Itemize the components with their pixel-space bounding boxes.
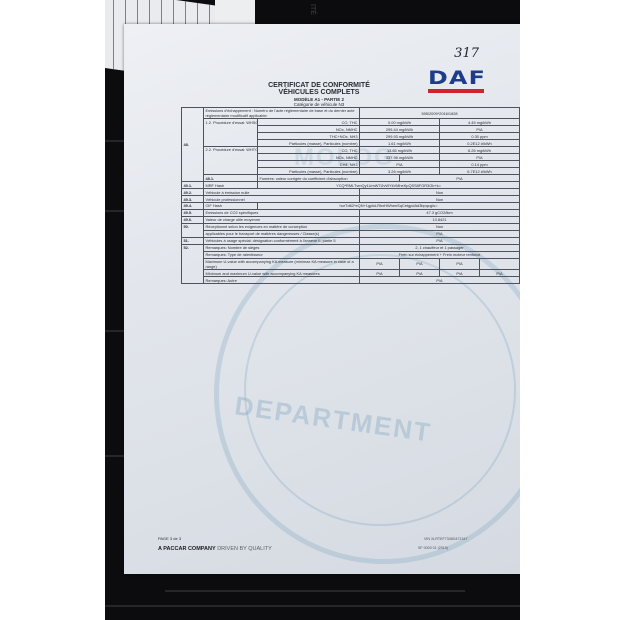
row-value: YCQ*RMLTvmQy1UmW7iJvWYkVMheKpQSS8FGR3Gb+…: [258, 182, 520, 189]
row-value: 595/2009*2016/1628: [360, 108, 520, 119]
form-reference: SF 0003 01 (2019): [418, 546, 468, 550]
emission-value: 4.45 mg/kWh: [440, 119, 520, 126]
row-value: hurTd62*eQN+1gplsLRbxHWhenSqCetgpdAd3bpq…: [258, 203, 520, 210]
row-value: P/A: [440, 270, 480, 277]
row-value: Frein sur échappement + Frein moteur ren…: [360, 251, 520, 258]
table-row: 1.2. Procédure d'essai: WHSC (EURO VI) C…: [182, 119, 520, 126]
document-title: CERTIFICAT DE CONFORMITÉ VÉHICULES COMPL…: [244, 82, 394, 107]
vin-number: VIN XLRTEF7308G471347: [424, 537, 468, 541]
emission-value: 337.98 mg/kWh: [360, 154, 440, 161]
title-line: CERTIFICAT DE CONFORMITÉ: [244, 82, 394, 89]
row-value: 47.3 gCO2/tkm: [360, 209, 520, 216]
row-label: Véhicules à usage spécial: désignation c…: [204, 237, 360, 244]
row-label: Emissions de CO2 spécifiques: [204, 209, 360, 216]
row-label: Remarques: Autre: [204, 277, 360, 284]
emission-param: CO, THC: [258, 119, 360, 126]
test-procedure-label: 2.2. Procédure d'essai: WHTC (EURO VI): [204, 147, 258, 175]
company-slogan: DRIVEN BY QUALITY: [217, 546, 272, 552]
emission-param: Particules (masse), Particules (nombre): [258, 168, 360, 175]
table-row: 48.1. Fumées: valeur corrigée du coeffic…: [182, 175, 520, 182]
row-value: Non: [360, 189, 520, 196]
row-label: Remarques: Type de ralentisseur: [204, 251, 360, 258]
row-label: Fumées: valeur corrigée du coefficient d…: [258, 175, 400, 182]
emission-param: CH4, NH3: [258, 161, 360, 168]
company-tagline: A PACCAR COMPANY DRIVEN BY QUALITY: [158, 546, 272, 552]
row-number: 49.3.: [182, 196, 204, 203]
emission-value: 3.26 mg/kWh: [360, 168, 440, 175]
row-value: Non: [360, 196, 520, 203]
row-value: P/A: [360, 270, 400, 277]
row-value: P/A: [360, 277, 520, 284]
company-name: A PACCAR COMPANY: [158, 546, 216, 552]
emission-value: 1.61 mg/kWh: [360, 140, 440, 147]
table-row: 48. Emissions d'échappement : Numéro de …: [182, 108, 520, 119]
emission-value: 6.7E12 #/kWh: [440, 168, 520, 175]
emission-value: 13.65 mg/kWh: [360, 147, 440, 154]
table-row: 49.3. Véhicule professionnel Non: [182, 196, 520, 203]
watermark-stamp-inner: [244, 254, 516, 526]
row-label: CIF Hash: [204, 203, 258, 210]
emission-param: CO, THC: [258, 147, 360, 154]
row-value: P/A: [360, 258, 400, 269]
row-number: 48.: [182, 108, 204, 182]
table-row: 49.6. Valeur de charge utile moyenne 13.…: [182, 216, 520, 223]
row-number: 48.1.: [204, 175, 258, 182]
emission-value: 0.30 ppm: [440, 133, 520, 140]
handwritten-number: 317: [454, 46, 479, 61]
table-row: Remarques: Type de ralentisseur Frein su…: [182, 251, 520, 258]
daf-logo: DAF: [428, 69, 488, 93]
logo-red-bar: [428, 89, 484, 93]
emission-value: 0.2E12 #/kWh: [440, 140, 520, 147]
row-number: 50.: [182, 223, 204, 237]
row-label: Minimum and maximum U-value with accompa…: [204, 270, 360, 277]
row-label: Véhicule professionnel: [204, 196, 360, 203]
row-label: Remarques: Nombre de sièges: [204, 244, 360, 251]
row-label: Véhicule à émission nulle: [204, 189, 360, 196]
footer: PAGE 3 de 3 A PACCAR COMPANY DRIVEN BY Q…: [158, 536, 272, 552]
title-line: VÉHICULES COMPLETS: [244, 89, 394, 96]
page-number: PAGE 3 de 3: [158, 536, 272, 541]
row-label: applicables pour le transport de matière…: [204, 230, 360, 237]
footer-reference: VIN XLRTEF7308G471347 SF 0003 01 (2019): [424, 537, 468, 550]
emission-value: 295.44 mg/kWh: [360, 126, 440, 133]
table-row: 49.2. Véhicule à émission nulle Non: [182, 189, 520, 196]
watermark-text: DEPARTMENT: [233, 390, 434, 448]
table-row: 49.1. MRF Hash YCQ*RMLTvmQy1UmW7iJvWYkVM…: [182, 182, 520, 189]
row-value: P/A: [360, 230, 520, 237]
table-row: applicables pour le transport de matière…: [182, 230, 520, 237]
document-photo: Tram kg Trix kg P/A P/A P/A ITÉ MOLOG DE…: [105, 0, 520, 620]
row-value: 2, 1 chauffeur et 1 passager: [360, 244, 520, 251]
row-number: 49.4.: [182, 203, 204, 210]
table-row: 51. Véhicules à usage spécial: désignati…: [182, 237, 520, 244]
background-texture: [165, 590, 465, 592]
row-value: [480, 258, 520, 269]
row-number: 49.5.: [182, 209, 204, 216]
row-value: P/A: [360, 237, 520, 244]
table-row: Maximum U-value with accompanying KA mea…: [182, 258, 520, 269]
row-label: Emissions d'échappement : Numéro de l'ac…: [204, 108, 360, 119]
row-value: P/A: [400, 270, 440, 277]
row-label: MRF Hash: [204, 182, 258, 189]
row-label: Maximum U-value with accompanying KA mea…: [204, 258, 360, 269]
emission-param: NOx, NMHC: [258, 154, 360, 161]
table-row: 49.4. CIF Hash hurTd62*eQN+1gplsLRbxHWhe…: [182, 203, 520, 210]
emission-param: Particules (masse), Particules (nombre): [258, 140, 360, 147]
certificate-page: MOLOG DEPARTMENT 317 DAF CERTIFICAT DE C…: [124, 24, 520, 574]
row-value: Non: [360, 223, 520, 230]
emission-value: P/A: [360, 161, 440, 168]
row-number: 51.: [182, 237, 204, 244]
row-number: 49.6.: [182, 216, 204, 223]
row-value: P/A: [400, 175, 520, 182]
emission-value: P/A: [440, 154, 520, 161]
emission-value: 299.93 mg/kWh: [360, 133, 440, 140]
emission-value: 6.26 mg/kWh: [440, 147, 520, 154]
table-row: 50. Réceptionné selon les exigences en m…: [182, 223, 520, 230]
table-row: 52. Remarques: Nombre de sièges 2, 1 cha…: [182, 244, 520, 251]
table-row: Minimum and maximum U-value with accompa…: [182, 270, 520, 277]
emission-param: THC+NOx, NH3: [258, 133, 360, 140]
row-value: P/A: [440, 258, 480, 269]
back-sheet-title: ITÉ: [309, 4, 316, 15]
row-value: P/A: [480, 270, 520, 277]
row-number: 52.: [182, 244, 204, 283]
row-label: Valeur de charge utile moyenne: [204, 216, 360, 223]
row-number: 49.2.: [182, 189, 204, 196]
row-value: 13.8421: [360, 216, 520, 223]
logo-text: DAF: [428, 69, 503, 87]
conformity-table: 48. Emissions d'échappement : Numéro de …: [181, 107, 520, 284]
test-procedure-label: 1.2. Procédure d'essai: WHSC (EURO VI): [204, 119, 258, 147]
background-texture: [105, 605, 520, 607]
row-value: P/A: [400, 258, 440, 269]
emission-param: NOx, NMHC: [258, 126, 360, 133]
row-number: 49.1.: [182, 182, 204, 189]
emission-value: P/A: [440, 126, 520, 133]
table-row: 2.2. Procédure d'essai: WHTC (EURO VI) C…: [182, 147, 520, 154]
table-row: 49.5. Emissions de CO2 spécifiques 47.3 …: [182, 209, 520, 216]
row-label: Réceptionné selon les exigences en matiè…: [204, 223, 360, 230]
emission-value: 0.00 mg/kWh: [360, 119, 440, 126]
emission-value: 0.14 ppm: [440, 161, 520, 168]
table-row: Remarques: Autre P/A: [182, 277, 520, 284]
